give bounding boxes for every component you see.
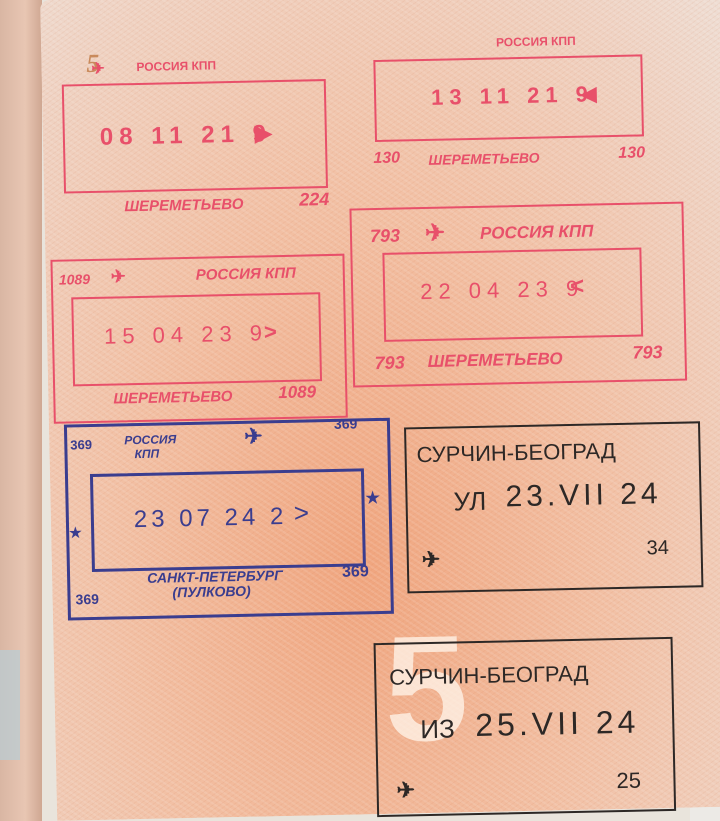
star-icon: ★ bbox=[365, 488, 380, 508]
plane-icon: ✈ bbox=[111, 266, 127, 287]
stamp-date: 22 04 23 9 bbox=[420, 276, 584, 305]
star-icon: ★ bbox=[69, 524, 82, 541]
stamp-header: РОССИЯ КПП bbox=[496, 34, 576, 50]
stamp-place-line2: (ПУЛКОВО) bbox=[172, 583, 251, 601]
stamp-surcin-exit: СУРЧИН-БЕОГРАД ИЗ 25.VII 24 ✈ 25 bbox=[374, 637, 687, 813]
plane-icon: ✈ bbox=[396, 777, 415, 803]
stamp-header-line2: КПП bbox=[134, 447, 159, 462]
direction-arrow-icon: > bbox=[264, 319, 277, 345]
stamp-number-bottom-left: 793 bbox=[374, 352, 404, 374]
left-page-blue-patch bbox=[0, 650, 20, 760]
stamp-number-bl: 369 bbox=[75, 591, 99, 607]
stamp-frame: 08 11 21 9 ▶ bbox=[62, 79, 328, 194]
stamp-surcin-entry: СУРЧИН-БЕОГРАД УЛ 23.VII 24 ✈ 34 bbox=[404, 421, 707, 597]
stamp-number-tr: 369 bbox=[334, 415, 358, 431]
stamp-number: 34 bbox=[646, 537, 669, 560]
stamp-place: СУРЧИН-БЕОГРАД bbox=[389, 661, 589, 691]
stamp-place: ШЕРЕМЕТЬЕВО bbox=[428, 150, 539, 168]
stamp-number-left: 130 bbox=[373, 149, 400, 168]
stamp-pulkovo-369: 369 РОССИЯ КПП ✈ 369 ★ ★ 23 07 24 2 > СА… bbox=[64, 403, 398, 625]
stamp-date: 25.VII 24 bbox=[475, 704, 640, 744]
plane-icon: ✈ bbox=[422, 547, 441, 573]
stamp-date: 23 07 24 2 bbox=[134, 503, 288, 534]
stamp-number: 224 bbox=[299, 189, 329, 211]
stamp-place: ШЕРЕМЕТЬЕВО bbox=[124, 196, 243, 215]
direction-arrow-icon: ◀ bbox=[581, 81, 597, 106]
stamp-header: РОССИЯ КПП bbox=[136, 58, 216, 74]
stamp-header: РОССИЯ КПП bbox=[196, 265, 296, 284]
direction-arrow-icon: < bbox=[570, 273, 585, 301]
stamp-number-right: 130 bbox=[618, 144, 645, 163]
plane-icon: ✈ bbox=[244, 423, 263, 449]
stamp-place: ШЕРЕМЕТЬЕВО bbox=[427, 349, 562, 372]
stamp-date: 15 04 23 9 bbox=[104, 320, 268, 349]
stamp-prefix: УЛ bbox=[453, 486, 486, 518]
stamp-number-tl: 369 bbox=[70, 437, 92, 452]
stamp-number-left: 1089 bbox=[59, 271, 90, 288]
stamp-frame: 15 04 23 9 > bbox=[71, 292, 322, 386]
stamp-sheremetyevo-1089: 1089 ✈ РОССИЯ КПП 15 04 23 9 > ШЕРЕМЕТЬЕ… bbox=[50, 254, 343, 420]
stamp-number-right: 793 bbox=[632, 342, 662, 364]
direction-arrow-icon: > bbox=[293, 497, 309, 528]
stamp-header-line1: РОССИЯ bbox=[124, 432, 176, 447]
stamp-number: 25 bbox=[616, 768, 641, 795]
left-page-edge bbox=[0, 0, 42, 821]
stamp-place: ШЕРЕМЕТЬЕВО bbox=[113, 388, 232, 407]
direction-arrow-icon: ▶ bbox=[255, 120, 272, 146]
stamp-place: СУРЧИН-БЕОГРАД bbox=[416, 438, 616, 468]
stamp-sheremetyevo-130: РОССИЯ КПП 13 11 21 9 ◀ ШЕРЕМЕТЬЕВО 130 … bbox=[361, 32, 664, 188]
stamp-header: РОССИЯ КПП bbox=[480, 221, 594, 243]
stamp-date: 08 11 21 9 bbox=[100, 120, 273, 152]
stamp-date: 13 11 21 9 bbox=[431, 81, 594, 110]
stamp-sheremetyevo-224: РОССИЯ КПП ✈ 08 11 21 9 ▶ ШЕРЕМЕТЬЕВО 22… bbox=[51, 53, 354, 224]
stamp-prefix: ИЗ bbox=[420, 713, 455, 745]
stamp-number-br: 369 bbox=[342, 563, 369, 582]
stamp-date: 23.VII 24 bbox=[505, 477, 662, 514]
stamp-number-right: 1089 bbox=[278, 382, 316, 403]
stamp-frame: 13 11 21 9 ◀ bbox=[373, 54, 644, 142]
stamp-frame: 22 04 23 9 < bbox=[382, 247, 643, 341]
plane-icon: ✈ bbox=[91, 59, 105, 79]
plane-icon: ✈ bbox=[425, 219, 446, 248]
stamp-sheremetyevo-793: 793 ✈ РОССИЯ КПП 22 04 23 9 < 793 ШЕРЕМЕ… bbox=[349, 202, 688, 389]
passport-page: 5 5 РОССИЯ КПП ✈ 08 11 21 9 ▶ ШЕРЕМЕТЬЕВ… bbox=[40, 0, 720, 821]
stamp-number-left: 793 bbox=[370, 226, 400, 248]
stamp-frame: 23 07 24 2 > bbox=[90, 468, 366, 572]
